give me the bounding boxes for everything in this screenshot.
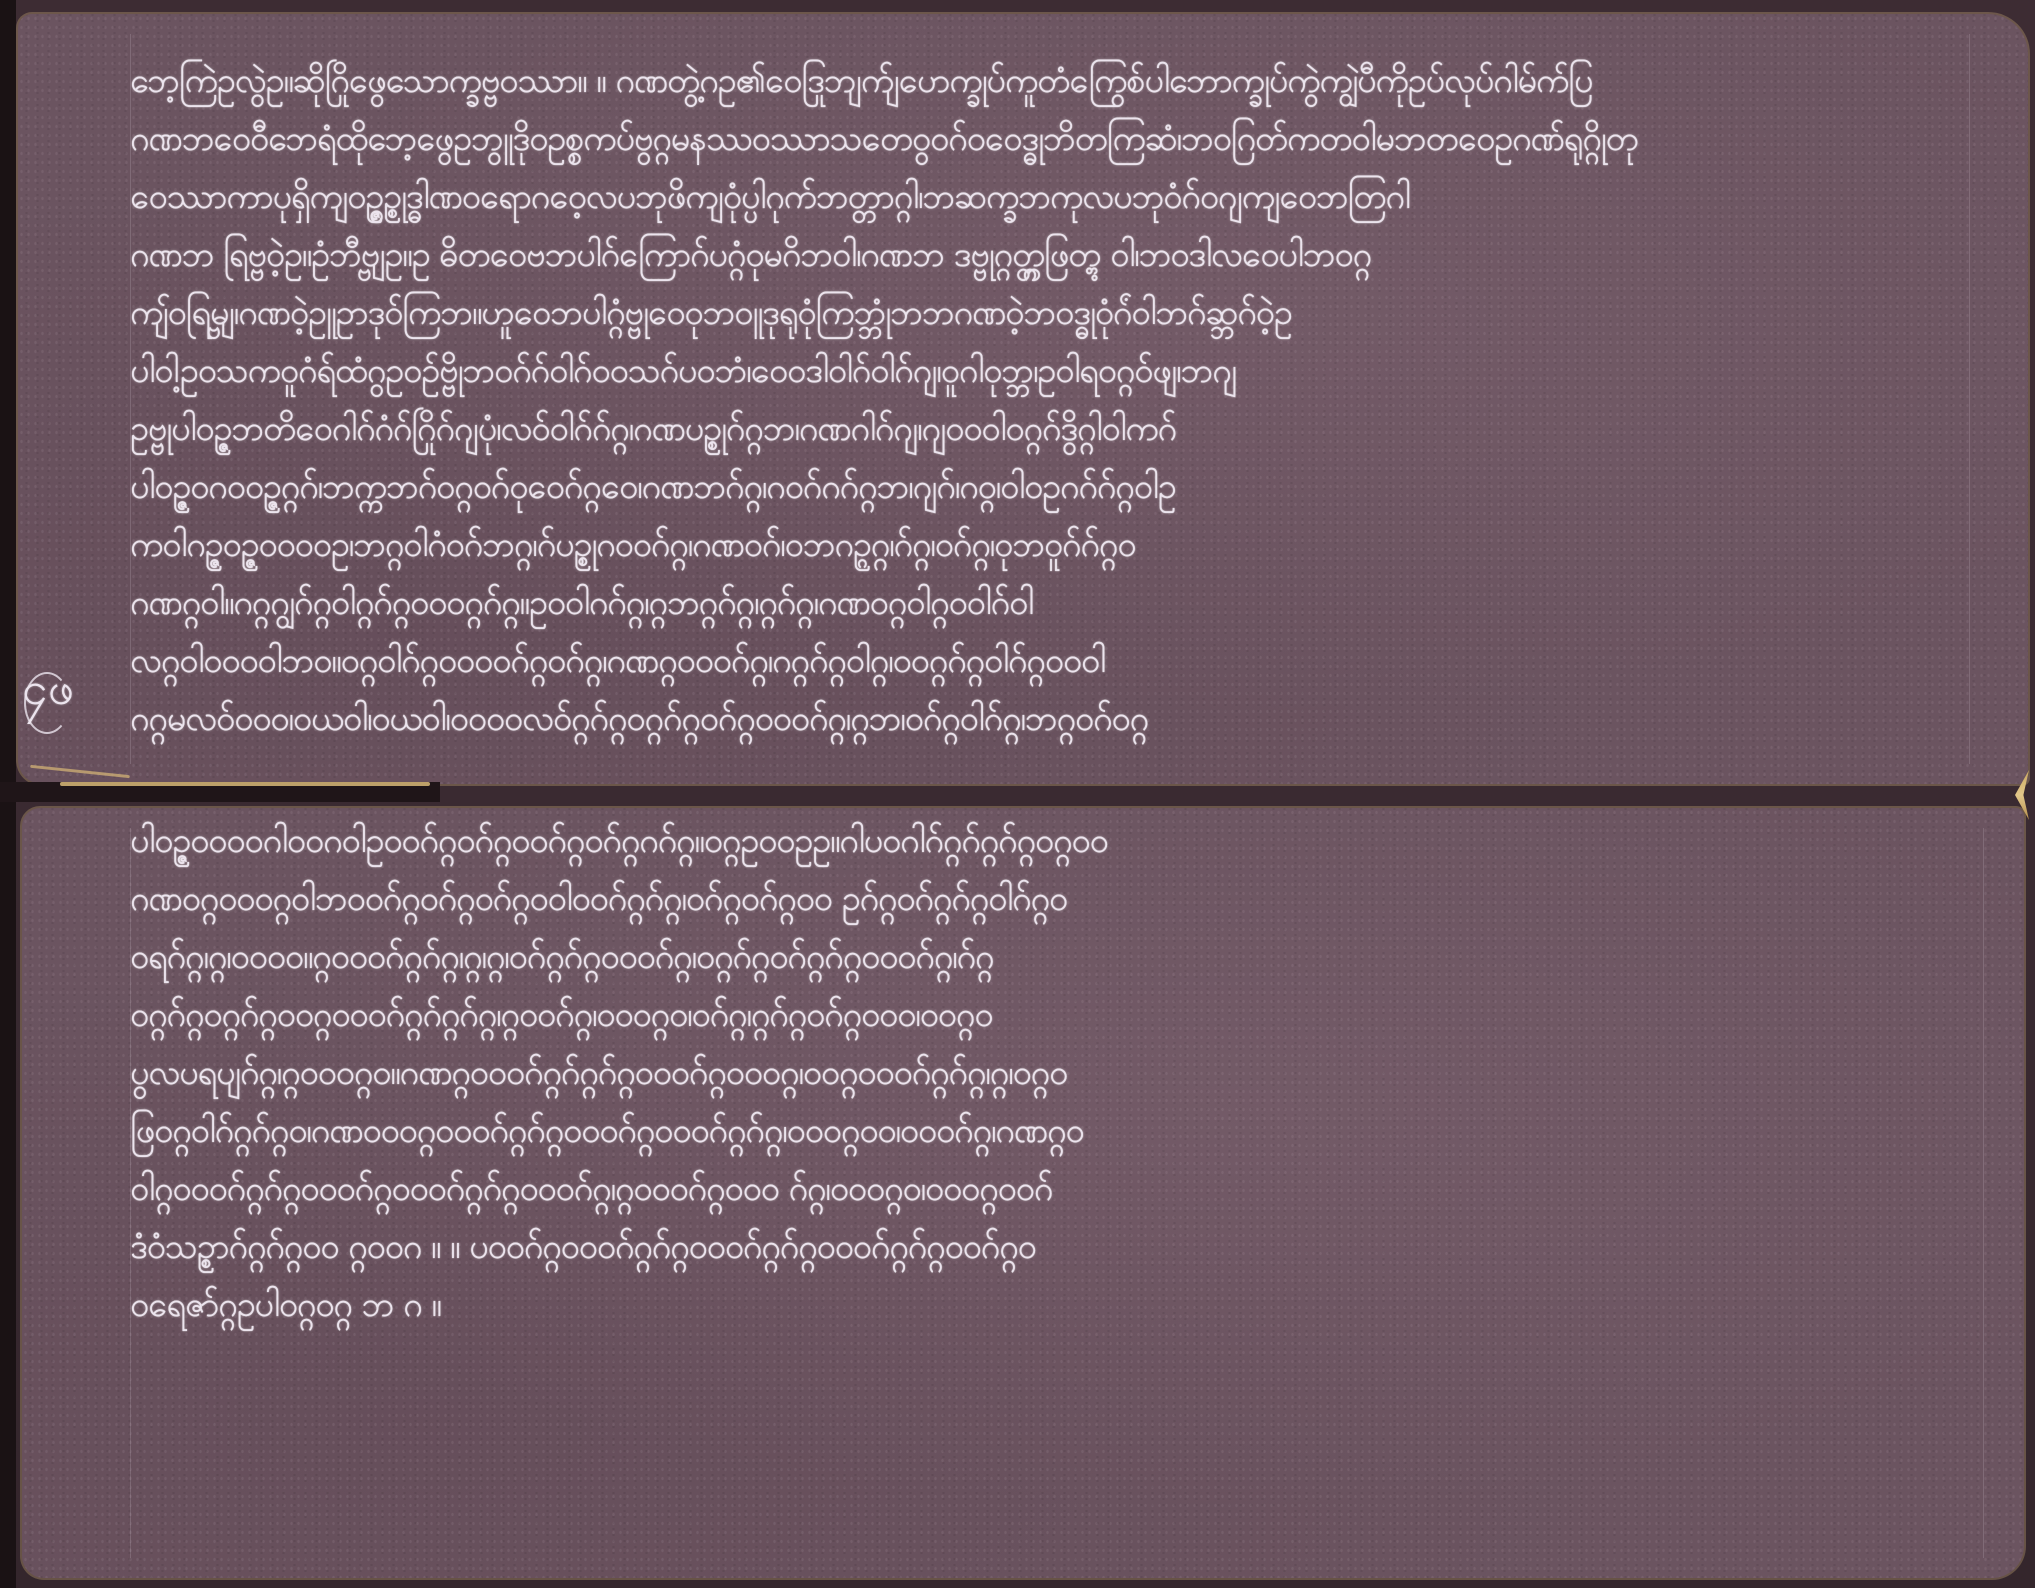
text-line: ကဝါဂဉ္ဇဝဉ္ဇဝဝဝဝဥ၊ဘဂ္ဂဝါဂံဝဂ်ဘဂ္ဂ၊ဂ်ပဥ္စု… (130, 516, 2010, 574)
text-line: ဘေ့ကြဲဥလွဲဥ။ဆိုဂြိုဖွေသောက္ခဗ္ဗ၀ဿာ။ ။ ဂဏ… (130, 52, 2010, 110)
text-line: ပါဝဉ္ဇဝဝဝဝဂါဝဝဂဝါဥဝဝဂ်ဂ္ဂဝဂ်ဂ္ဂဝဝဂ်ဂ္ဂဝဂ… (130, 812, 1970, 870)
text-line: ဝရဂ်ဂ္ဂ၊ဂ္ဂ၊ဝဝဝဝ။ဂ္ဂဝဝဝဂ်ဂ္ဂဂ်ဂ္ဂ၊ဂ္ဂ၊ဂ္… (130, 928, 1970, 986)
text-line: ဝရေဇာ်ဂ္ဂဥပါဝဂ္ဂဝဂ္ဂ ဘ ဂ ။ (130, 1276, 1970, 1334)
text-line: ဂဏဘဝေဝီဘေရံထိုဘေ့ဖွေဥဘွူဒိုဝဥစ္စကပ်ဗွဂ္ဂ… (130, 110, 2010, 168)
top-leaf-text: ဘေ့ကြဲဥလွဲဥ။ဆိုဂြိုဖွေသောက္ခဗ္ဗ၀ဿာ။ ။ ဂဏ… (130, 52, 2010, 748)
text-line: ဂဏဘ ရြဗ္ဗဝဲ့ဥ။ဥံဘီဗ္ဗျဥ။ဥ ဓိတဝေဗဘပါဂ်ကြေ… (130, 226, 2010, 284)
text-line: ဥဗ္ဗုပါဝဉ္ဇဘတိဝေဂါဂ်ဂံဂ်ဂြိုဂ်ဂျပုံ၊လဝ်ဝ… (130, 400, 2010, 458)
text-line: ပွလပရပျဂ်ဂ္ဂ၊ဂ္ဂဝဝဝဂ္ဂဝ။ဂဏဂ္ဂဝဝဝဂ်ဂ္ဂဂ်ဂ… (130, 1044, 1970, 1102)
margin-rule-right (1983, 828, 1984, 1558)
text-line: ဂဂ္ဂမလဝ်ဝဝဝ၊ဝယဝါ၊ဝယဝါ၊ဝဝဝဝလဝ်ဂ္ဂဂ်ဂ္ဂဝဂ္… (130, 690, 2010, 748)
text-line: ဝေဿာကာပုရှိကျဝဉ္ဇွဥ္စုဒ္ဓါဏဝရောဂဝေ့လပဘုဖ… (130, 168, 2010, 226)
text-line: ဂဏဂ္ဂဝါ။ဂဂ္ဂဂျွဂ်ဂ္ဂဝါဂ္ဂဂ်ဂ္ဂဝဝဝဂ္ဂဂ်ဂ္… (130, 574, 2010, 632)
folio-marker: ၄ဖ (22, 660, 74, 727)
text-line: လဂ္ဂဝါဝဝဝဝါဘဝ။ဝဂ္ဂဝါဂ်ဂ္ဂဝဝဝဝဂ်ဂ္ဂဝဂ်ဂ္ဂ… (130, 632, 2010, 690)
text-line: ပါဝါ့ဥဝသကဝူဂံရ်ထံဂွဥ၀ဉ်ဗ္ဗိုဘဝဂ်ဂ်ဝါဂ်၀ဝ… (130, 342, 2010, 400)
text-line: ဝဂ္ဂဂ်ဂ္ဂဝဂ္ဂဂ်ဂ္ဂဝဝဂ္ဂဝဝဝဂ်ဂ္ဂဂ်ဂ္ဂဂ်ဂ္… (130, 986, 1970, 1044)
text-line: ဒံဝံသဥ္စာဂ်ဂ္ဂဂ်ဂ္ဂဝဝ ဂ္ဂဝဝဂ ။ ။ ပဝဝဂ်ဂ္… (130, 1218, 1970, 1276)
text-line: ကျ်၀ရြမ္ဗျ၊ဂဏဝဲ့ဥူဥာဒုဝ်ကြဘ။ဟူဝေဘပါဂ္ဂံဗ… (130, 284, 2010, 342)
text-line: ပါဝဉ္ဇဝဂဝဝဉ္ဇဂ္ဂဂ်၊ဘက္ကဘဂ်ဝဂ္ဂဝဂ်ဝုဝေဂ်ဂ… (130, 458, 2010, 516)
text-line: ဝါဂ္ဂဝဝဝဂ်ဂ္ဂဂ်ဂ္ဂဝဝဝဂ်ဂ္ဂဝဝဝဂ်ဂ္ဂဂ်ဂ္ဂဝ… (130, 1160, 1970, 1218)
text-line: ဖြဝဂ္ဂဝါဂ်ဂ္ဂဂ်ဂ္ဂဝ၊ဂဏဝဝဝဂ္ဂဝဝဝဂ်ဂ္ဂဂ်ဂ္… (130, 1102, 1970, 1160)
bottom-leaf-text: ပါဝဉ္ဇဝဝဝဝဂါဝဝဂဝါဥဝဝဂ်ဂ္ဂဝဂ်ဂ္ဂဝဝဂ်ဂ္ဂဝဂ… (130, 812, 1970, 1334)
gilt-edge (60, 782, 430, 786)
text-line: ဂဏဝဂ္ဂဝဝဝဂ္ဂဝါဘဝဝဂ်ဂ္ဂဝဂ်ဂ္ဂဝဂ်ဂ္ဂဝဝါဝဝဂ… (130, 870, 1970, 928)
